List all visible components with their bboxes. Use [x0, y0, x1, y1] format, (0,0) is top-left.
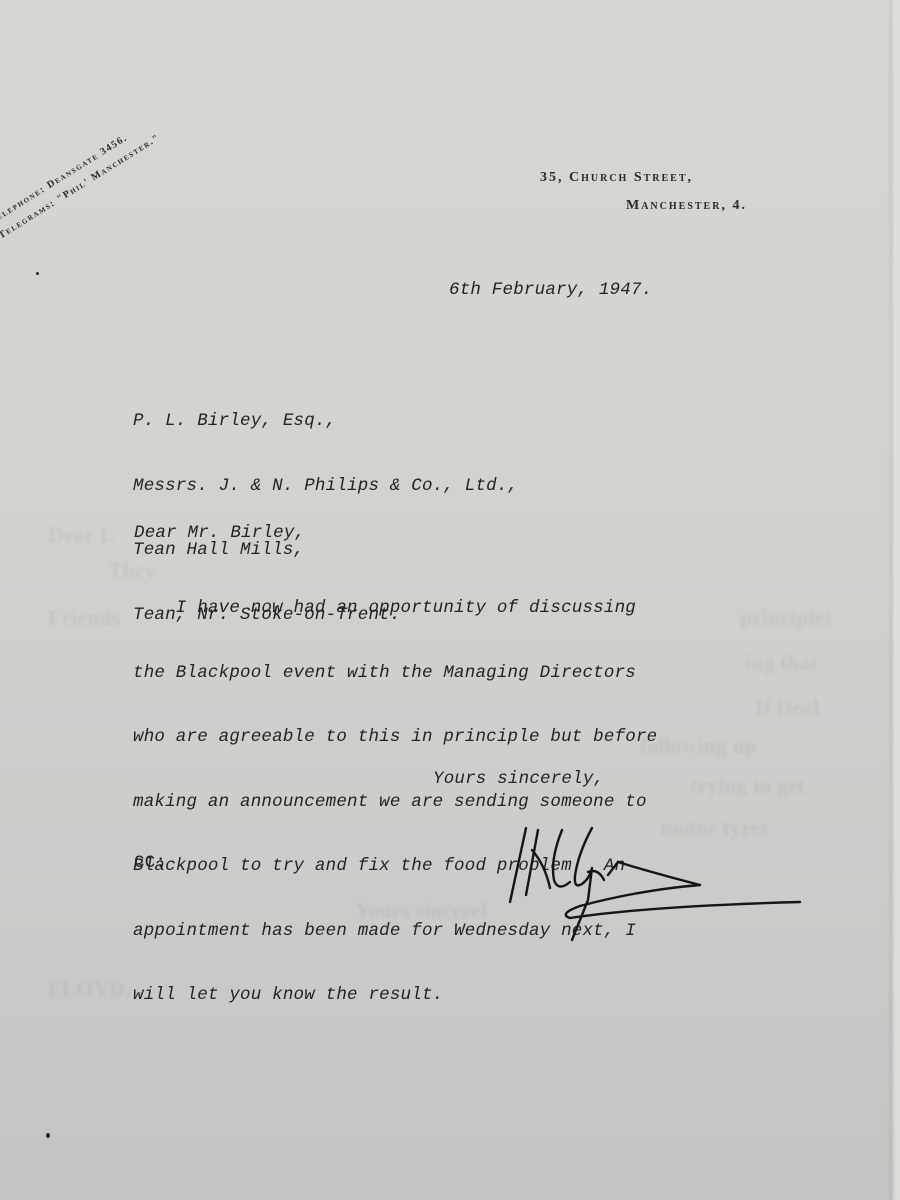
ghost-line: trying to get: [690, 773, 805, 799]
letterhead-contact: Telephone: Deansgate 3456. Telegrams: "P…: [0, 115, 164, 244]
letterhead-telegrams: Telegrams: "Phil' Manchester.": [0, 130, 164, 244]
letterhead-street: 35, Church Street,: [540, 170, 693, 185]
letter-body: I have now had an opportunity of discuss…: [133, 555, 657, 1028]
ghost-line: following up: [640, 733, 757, 759]
letter-date: 6th February, 1947.: [449, 280, 652, 300]
ghost-line: FLOYD,: [48, 976, 131, 1002]
body-line: will let you know the result.: [133, 985, 657, 1007]
letterhead-address: 35, Church Street, Manchester, 4.: [540, 170, 747, 214]
cc-label: CC:: [134, 853, 166, 873]
ghost-line: principle!: [740, 605, 832, 631]
body-line: I have now had an opportunity of discuss…: [133, 598, 657, 620]
paper-speck: [46, 1133, 50, 1138]
recipient-line: Messrs. J. & N. Philips & Co., Ltd.,: [133, 476, 518, 498]
ghost-line: Dear L: [48, 522, 114, 548]
salutation: Dear Mr. Birley,: [134, 523, 305, 543]
ghost-line: Friends: [48, 605, 120, 631]
body-line: who are agreeable to this in principle b…: [133, 727, 657, 749]
ghost-line: If Deal: [755, 695, 819, 721]
closing: Yours sincerely,: [433, 769, 604, 789]
body-line: the Blackpool event with the Managing Di…: [133, 663, 657, 685]
ghost-line: ing that: [745, 650, 818, 676]
letterhead-city: Manchester, 4.: [626, 198, 747, 214]
signature: [500, 810, 810, 950]
page-edge: [886, 0, 900, 1200]
paper-speck: [36, 272, 39, 275]
recipient-line: P. L. Birley, Esq.,: [133, 411, 518, 433]
